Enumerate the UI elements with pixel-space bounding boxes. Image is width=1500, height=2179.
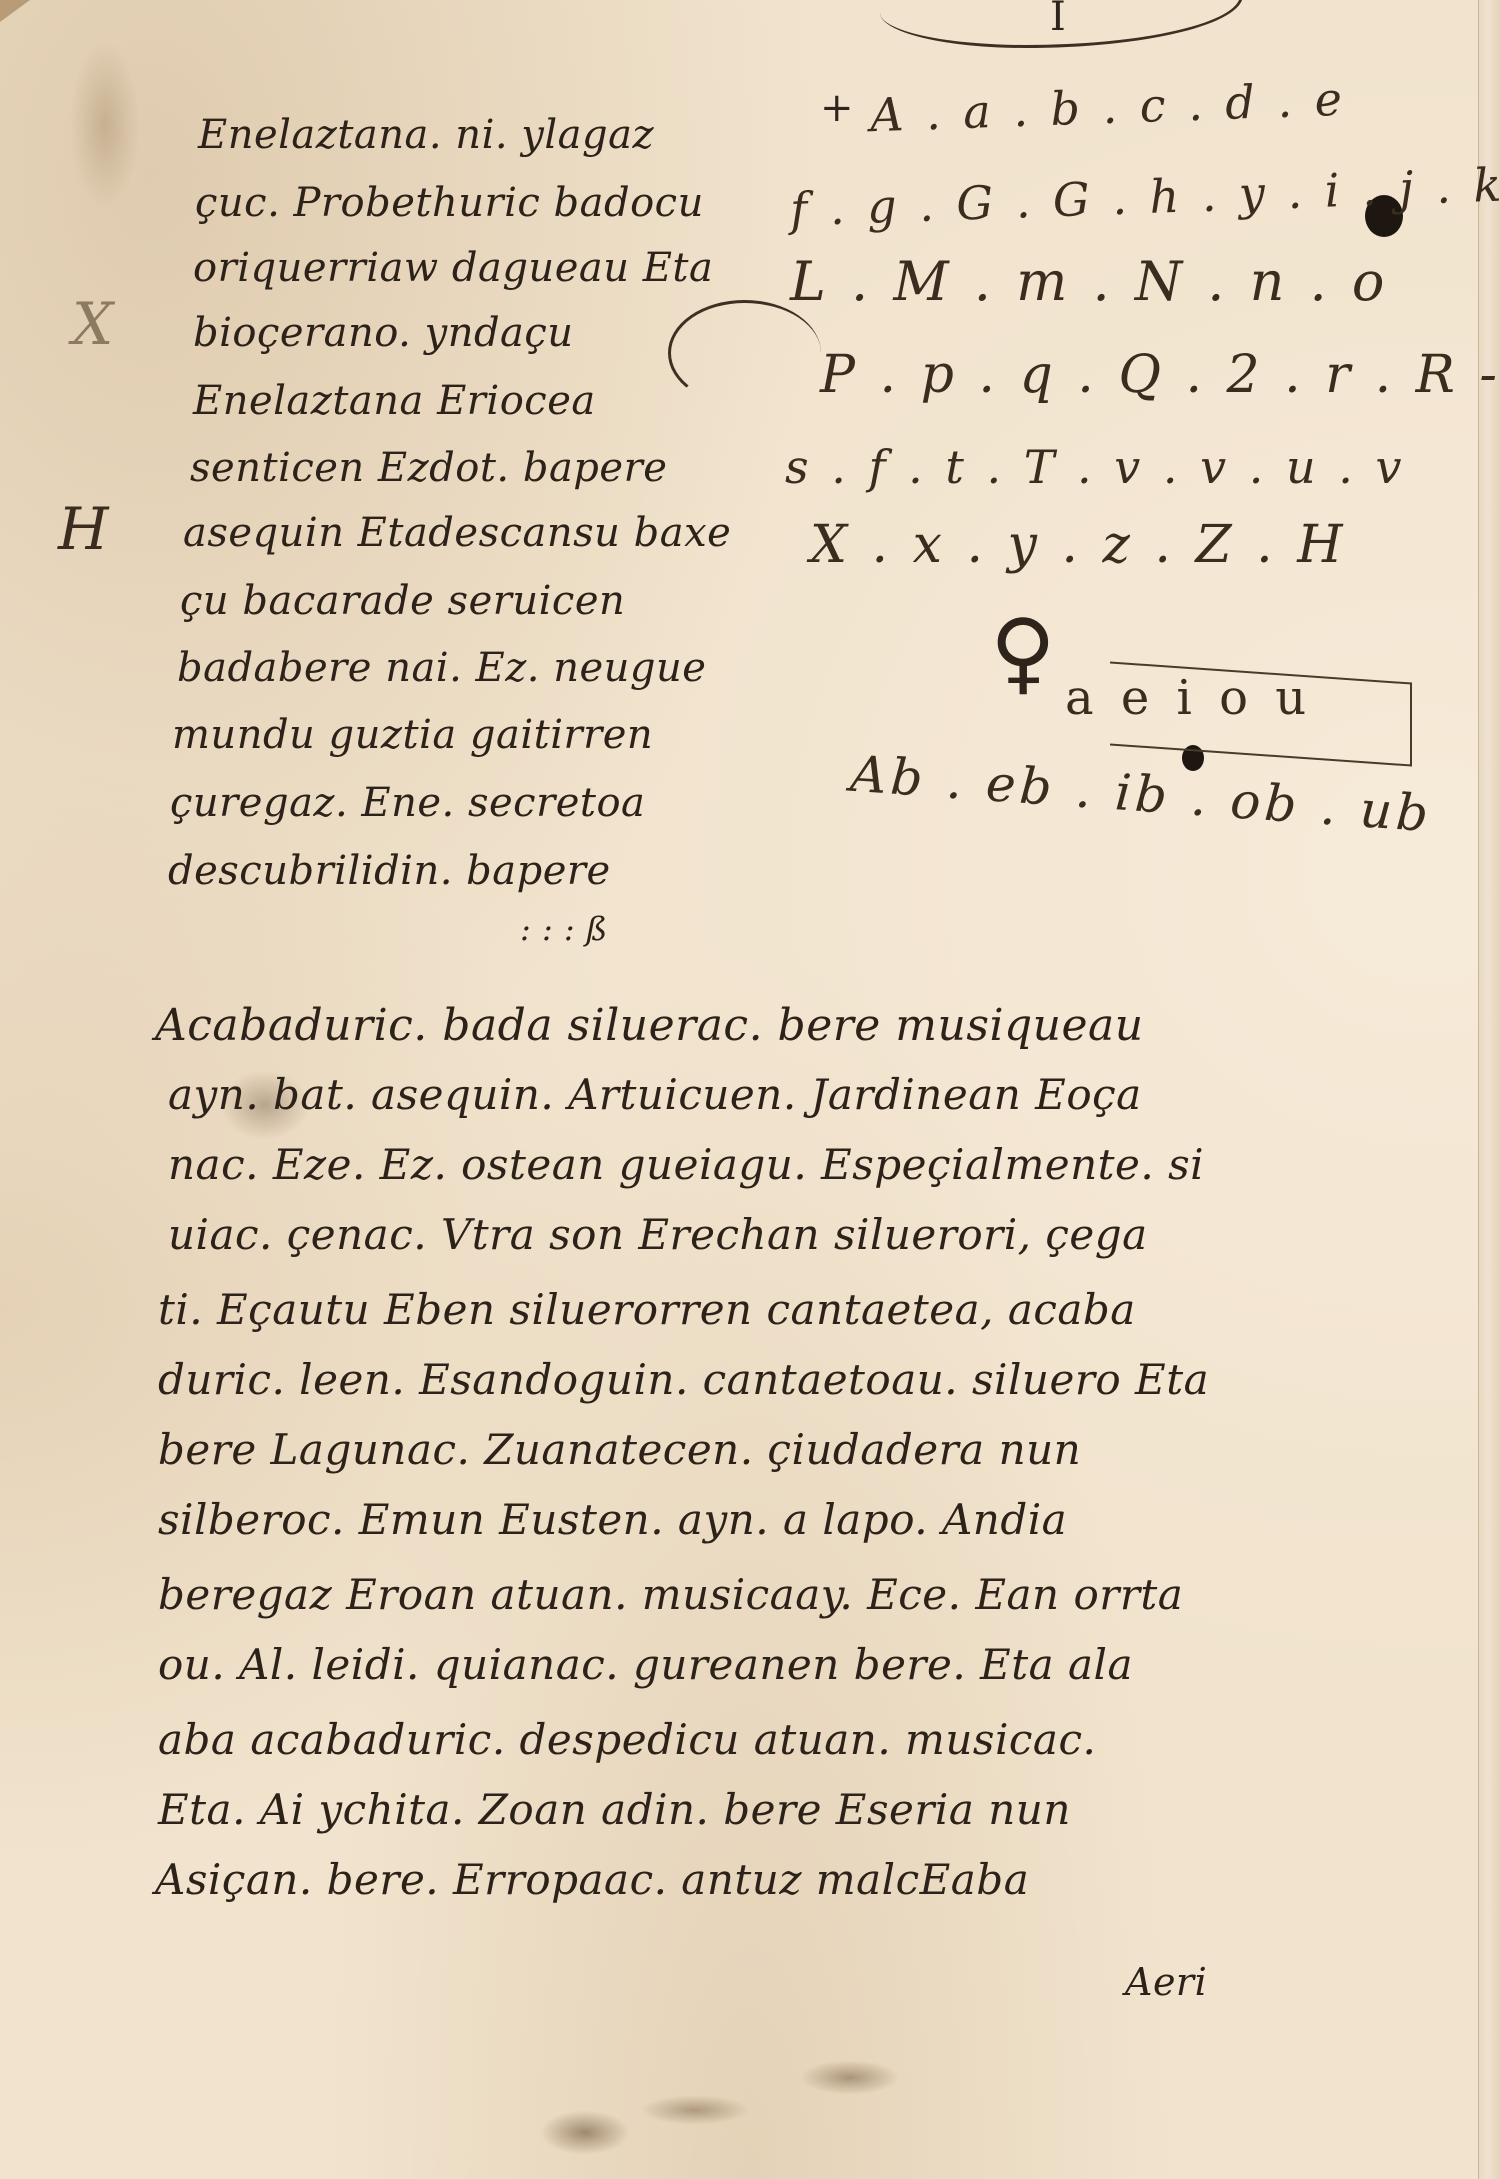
text-line: descubrilidin. bapere xyxy=(168,848,611,894)
section-end-mark: : : : ß xyxy=(520,910,608,948)
text-line: nac. Eze. Ez. ostean gueiagu. Espeçialme… xyxy=(168,1140,1204,1189)
text-line: Asiçan. bere. Erropaac. antuz malcEaba xyxy=(155,1855,1029,1904)
text-line: asequin Etadescansu baxe xyxy=(183,510,731,556)
text-line: bere Lagunac. Zuanatecen. çiudadera nun xyxy=(158,1425,1081,1474)
alphabet-row: A . a . b . c . d . e xyxy=(869,72,1346,143)
ink-stain xyxy=(70,40,140,210)
text-line: mundu guztia gaitirren xyxy=(172,712,653,758)
text-line: çuc. Probethuric badocu xyxy=(195,180,704,226)
vowel-box-outline xyxy=(1110,661,1412,766)
alphabet-row: s . f . t . T . v . v . u . v xyxy=(785,440,1405,494)
cross-mark: + xyxy=(820,85,854,131)
text-line: çu bacarade seruicen xyxy=(180,578,625,624)
text-line: çuregaz. Ene. secretoa xyxy=(170,780,645,826)
text-line: Acabaduric. bada siluerac. bere musiquea… xyxy=(155,1000,1144,1051)
p-flourish xyxy=(668,300,821,406)
text-line: Eta. Ai ychita. Zoan adin. bere Eseria n… xyxy=(158,1785,1071,1834)
page-number-flourish xyxy=(880,0,1243,48)
text-line: Enelaztana Eriocea xyxy=(193,378,596,424)
torn-corner xyxy=(0,0,30,22)
text-line: silberoc. Emun Eusten. ayn. a lapo. Andi… xyxy=(158,1495,1067,1544)
manuscript-page: I X H Enelaztana. ni. ylagaz çuc. Probet… xyxy=(0,0,1500,2179)
text-line: ayn. bat. asequin. Artuicuen. Jardinean … xyxy=(168,1070,1142,1119)
margin-note-x: X xyxy=(72,290,113,358)
text-line: badabere nai. Ez. neugue xyxy=(177,645,706,691)
catchword: Aeri xyxy=(1125,1960,1207,2004)
damage-stain xyxy=(540,2110,630,2155)
text-line: bioçerano. yndaçu xyxy=(193,310,574,356)
text-line: uiac. çenac. Vtra son Erechan siluerori,… xyxy=(168,1210,1148,1259)
text-line: aba acabaduric. despedicu atuan. musicac… xyxy=(158,1715,1096,1764)
text-line: duric. leen. Esandoguin. cantaetoau. sil… xyxy=(158,1355,1209,1404)
damage-stain xyxy=(800,2060,900,2095)
alphabet-row: X . x . y . z . Z . H xyxy=(810,515,1347,575)
text-line: ti. Eçautu Eben siluerorren cantaetea, a… xyxy=(158,1285,1136,1334)
alphabet-row: P . p . q . Q . 2 . r . R - xyxy=(820,345,1500,405)
text-line: oriquerriaw dagueau Eta xyxy=(193,245,713,291)
page-edge-fold xyxy=(1478,0,1500,2179)
text-line: beregaz Eroan atuan. musicaay. Ece. Ean … xyxy=(158,1570,1183,1619)
alphabet-row: L . M . m . N . n . o xyxy=(790,250,1388,313)
text-line: ou. Al. leidi. quianac. gureanen bere. E… xyxy=(158,1640,1133,1689)
damage-stain xyxy=(640,2095,750,2125)
margin-note-h: H xyxy=(58,495,109,563)
text-line: Enelaztana. ni. ylagaz xyxy=(198,112,654,158)
text-line: senticen Ezdot. bapere xyxy=(190,445,667,491)
decorative-h-glyph: ♀ xyxy=(990,600,1056,705)
